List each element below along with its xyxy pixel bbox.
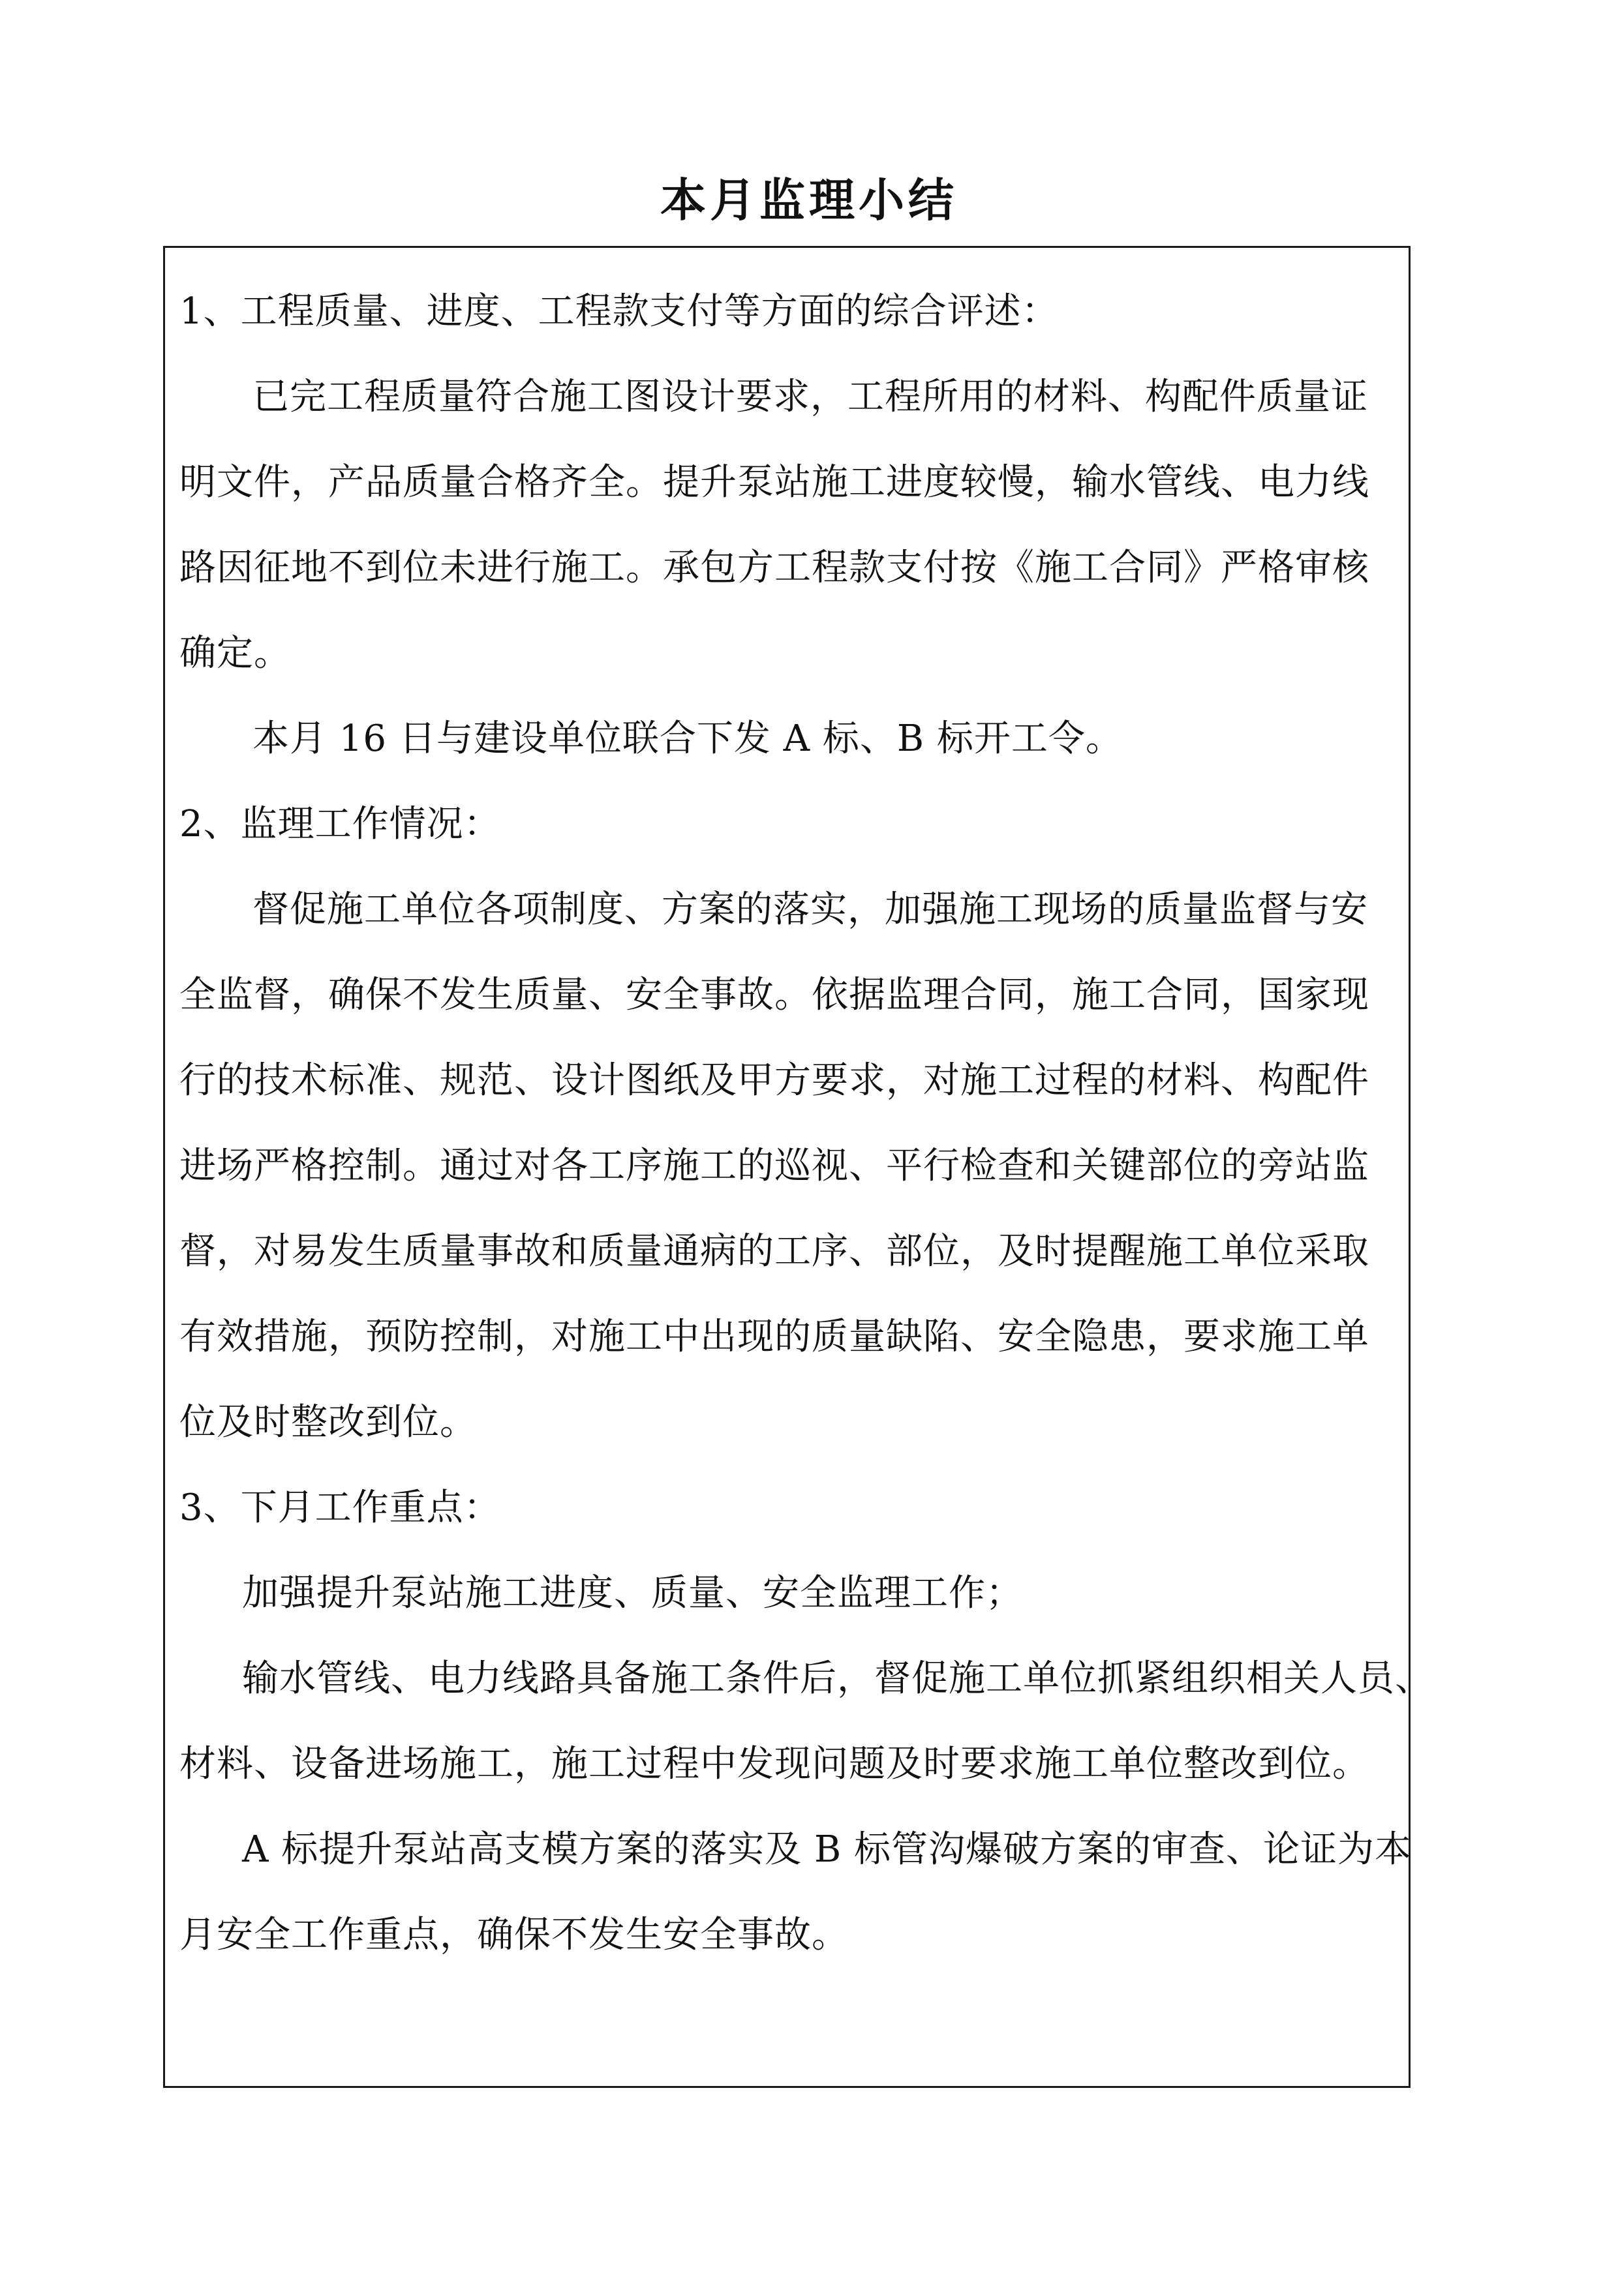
text-line: 进场严格控制。通过对各工序施工的巡视、平行检查和关键部位的旁站监 (179, 1123, 1389, 1209)
text-line: 材料、设备进场施工，施工过程中发现问题及时要求施工单位整改到位。 (179, 1721, 1389, 1807)
text-line: 有效措施，预防控制，对施工中出现的质量缺陷、安全隐患，要求施工单 (179, 1294, 1389, 1380)
summary-content: 1、工程质量、进度、工程款支付等方面的综合评述： 已完工程质量符合施工图设计要求… (179, 269, 1389, 1978)
text-line: 确定。 (179, 611, 1389, 696)
paragraph: 加强提升泵站施工进度、质量、安全监理工作； (179, 1550, 1389, 1636)
section-2: 2、监理工作情况： 督促施工单位各项制度、方案的落实，加强施工现场的质量监督与安… (179, 781, 1389, 1465)
text-line: 全监督，确保不发生质量、安全事故。依据监理合同，施工合同，国家现 (179, 952, 1389, 1038)
section-heading: 1、工程质量、进度、工程款支付等方面的综合评述： (179, 269, 1389, 354)
text-line: 路因征地不到位未进行施工。承包方工程款支付按《施工合同》严格审核 (179, 525, 1389, 611)
summary-box: 1、工程质量、进度、工程款支付等方面的综合评述： 已完工程质量符合施工图设计要求… (163, 246, 1411, 2088)
text-line: 行的技术标准、规范、设计图纸及甲方要求，对施工过程的材料、构配件 (179, 1038, 1389, 1123)
paragraph: 本月 16 日与建设单位联合下发 A 标、B 标开工令。 (179, 696, 1389, 781)
section-heading: 3、下月工作重点： (179, 1465, 1389, 1550)
text-line: 督促施工单位各项制度、方案的落实，加强施工现场的质量监督与安 (179, 867, 1389, 952)
text-line: 已完工程质量符合施工图设计要求，工程所用的材料、构配件质量证 (179, 354, 1389, 440)
text-line: 月安全工作重点，确保不发生安全事故。 (179, 1892, 1389, 1978)
text-line: 位及时整改到位。 (179, 1380, 1389, 1465)
paragraph: A 标提升泵站高支模方案的落实及 B 标管沟爆破方案的审查、论证为本 月安全工作… (179, 1807, 1389, 1978)
section-1: 1、工程质量、进度、工程款支付等方面的综合评述： 已完工程质量符合施工图设计要求… (179, 269, 1389, 781)
text-line: 本月 16 日与建设单位联合下发 A 标、B 标开工令。 (179, 696, 1389, 781)
text-line: 督，对易发生质量事故和质量通病的工序、部位，及时提醒施工单位采取 (179, 1209, 1389, 1294)
text-line: 明文件，产品质量合格齐全。提升泵站施工进度较慢，输水管线、电力线 (179, 440, 1389, 525)
text-line: 输水管线、电力线路具备施工条件后，督促施工单位抓紧组织相关人员、 (179, 1636, 1389, 1721)
text-line: A 标提升泵站高支模方案的落实及 B 标管沟爆破方案的审查、论证为本 (179, 1807, 1389, 1892)
paragraph: 输水管线、电力线路具备施工条件后，督促施工单位抓紧组织相关人员、 材料、设备进场… (179, 1636, 1389, 1807)
section-3: 3、下月工作重点： 加强提升泵站施工进度、质量、安全监理工作； 输水管线、电力线… (179, 1465, 1389, 1978)
text-line: 加强提升泵站施工进度、质量、安全监理工作； (179, 1550, 1389, 1636)
paragraph: 已完工程质量符合施工图设计要求，工程所用的材料、构配件质量证 明文件，产品质量合… (179, 354, 1389, 696)
paragraph: 督促施工单位各项制度、方案的落实，加强施工现场的质量监督与安 全监督，确保不发生… (179, 867, 1389, 1465)
page-title: 本月监理小结 (0, 171, 1618, 230)
section-heading: 2、监理工作情况： (179, 781, 1389, 867)
